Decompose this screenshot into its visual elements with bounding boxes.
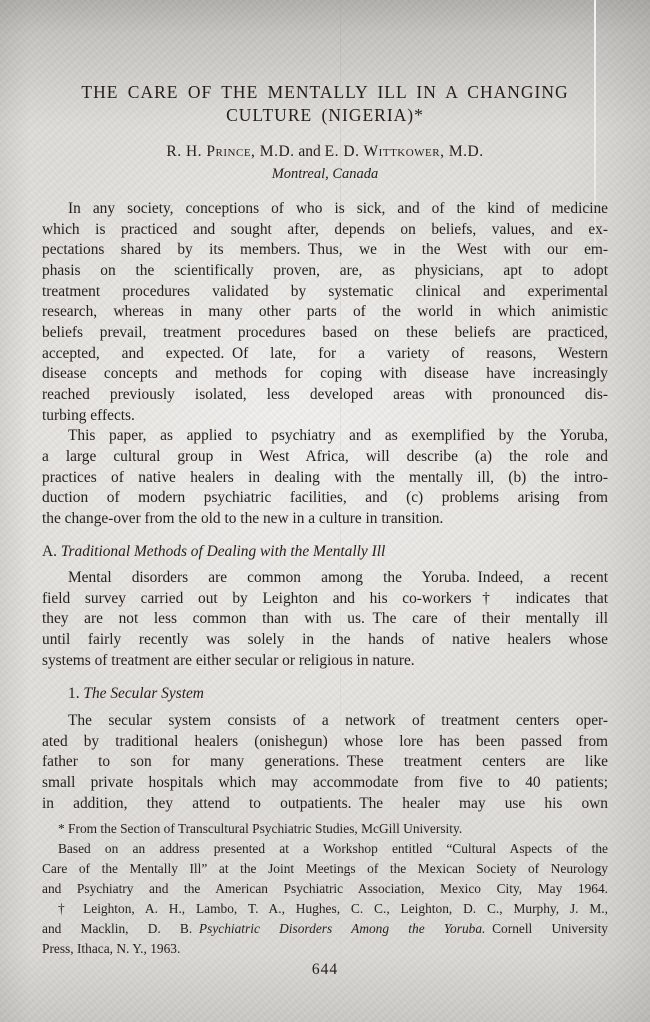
text-line: ated by traditional healers (onishegun) … [42, 732, 608, 753]
text-line: research, whereas in many other parts of… [42, 302, 608, 323]
text-line: father to son for many generations. Thes… [42, 752, 608, 773]
text-line: phasis on the scientifically proven, are… [42, 261, 608, 282]
text-segment: Cornell University [485, 921, 608, 936]
text-line: disease concepts and methods for coping … [42, 364, 608, 385]
text-line: until fairly recently was solely in the … [42, 630, 608, 651]
text-line: which is practiced and sought after, dep… [42, 220, 608, 241]
text-line: The secular system consists of a network… [42, 711, 608, 732]
affiliation: Montreal, Canada [42, 164, 608, 184]
text-line: they are not less common than with us. T… [42, 609, 608, 630]
text-line: and Psychiatry and the American Psychiat… [42, 879, 608, 899]
section-heading-a-prefix: A. [42, 543, 61, 560]
section-heading-a: A. Traditional Methods of Dealing with t… [42, 542, 608, 563]
text-line: * From the Section of Transcultural Psyc… [42, 819, 608, 839]
text-line: reached previously isolated, less develo… [42, 385, 608, 406]
author-2: E. D. Wittkower, M.D. [325, 143, 484, 160]
text-line: Based on an address presented at a Works… [42, 839, 608, 859]
text-line: pectations shared by its members. Thus, … [42, 240, 608, 261]
paragraph-paper-scope: This paper, as applied to psychiatry and… [42, 426, 608, 529]
text-line: the change-over from the old to the new … [42, 509, 608, 530]
subsection-heading-1-title: The Secular System [83, 685, 204, 702]
text-line: † Leighton, A. H., Lambo, T. A., Hughes,… [42, 899, 608, 919]
paragraph-secular-system: The secular system consists of a network… [42, 711, 608, 814]
text-line: small private hospitals which may accomm… [42, 773, 608, 794]
text-line: turbing effects. [42, 406, 608, 427]
text-line: practices of native healers in dealing w… [42, 468, 608, 489]
paragraph-mental-disorders: Mental disorders are common among the Yo… [42, 568, 608, 671]
paragraph-intro: In any society, conceptions of who is si… [42, 199, 608, 426]
text-line: In any society, conceptions of who is si… [42, 199, 608, 220]
subsection-heading-1-prefix: 1. [68, 685, 83, 702]
paper-title-line-1: THE CARE OF THE MENTALLY ILL IN A CHANGI… [42, 81, 608, 104]
text-line: beliefs prevail, treatment procedures ba… [42, 323, 608, 344]
paper-title-line-2: CULTURE (NIGERIA)* [42, 104, 608, 127]
text-line: treatment procedures validated by system… [42, 282, 608, 303]
text-line: This paper, as applied to psychiatry and… [42, 426, 608, 447]
text-line: Press, Ithaca, N. Y., 1963. [42, 939, 608, 959]
author-1: R. H. Prince, M.D. [166, 143, 294, 160]
scanned-paper-page: THE CARE OF THE MENTALLY ILL IN A CHANGI… [0, 0, 650, 1022]
text-line: systems of treatment are either secular … [42, 651, 608, 672]
italic-text: Psychiatric Disorders Among the Yoruba. [199, 921, 485, 936]
text-line: accepted, and expected. Of late, for a v… [42, 344, 608, 365]
text-line: a large cultural group in West Africa, w… [42, 447, 608, 468]
authors-line: R. H. Prince, M.D. and E. D. Wittkower, … [42, 141, 608, 162]
text-line: Care of the Mentally Ill” at the Joint M… [42, 859, 608, 879]
footnote-address: Based on an address presented at a Works… [42, 839, 608, 899]
section-heading-a-title: Traditional Methods of Dealing with the … [61, 543, 385, 560]
text-line: in addition, they attend to outpatients.… [42, 794, 608, 815]
text-line: and Macklin, D. B. Psychiatric Disorders… [42, 919, 608, 939]
text-segment: and Macklin, D. B. [42, 921, 199, 936]
text-line: field survey carried out by Leighton and… [42, 589, 608, 610]
page-number: 644 [42, 961, 608, 979]
text-line: duction of modern psychiatric facilities… [42, 488, 608, 509]
footnote-source: * From the Section of Transcultural Psyc… [42, 819, 608, 839]
page-content: THE CARE OF THE MENTALLY ILL IN A CHANGI… [42, 0, 608, 979]
footnotes: * From the Section of Transcultural Psyc… [42, 819, 608, 959]
footnote-reference: † Leighton, A. H., Lambo, T. A., Hughes,… [42, 899, 608, 959]
paper-title: THE CARE OF THE MENTALLY ILL IN A CHANGI… [42, 0, 608, 127]
authors-connector: and [295, 143, 325, 160]
text-line: Mental disorders are common among the Yo… [42, 568, 608, 589]
body-text: In any society, conceptions of who is si… [42, 199, 608, 814]
subsection-heading-1: 1. The Secular System [42, 684, 608, 705]
